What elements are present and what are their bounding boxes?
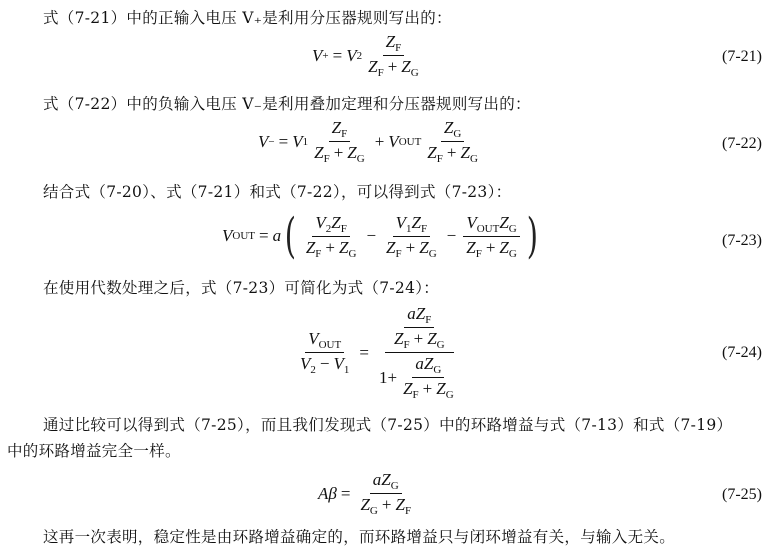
fraction: V1ZF ZF+ZG: [383, 213, 440, 260]
sub: G: [509, 248, 517, 260]
plus-sign: +: [414, 329, 424, 348]
var: V: [312, 46, 322, 66]
fraction: ZG ZF+ZG: [424, 118, 481, 165]
var: Z: [331, 213, 340, 232]
sub: 2: [357, 50, 363, 62]
var: V: [333, 354, 343, 373]
sub: 1: [344, 364, 350, 376]
equation-7-23: VOUT = a ( V2ZF ZF+ZG − V1ZF ZF+ZG − VOU…: [222, 212, 542, 260]
fraction: ZF ZF+ZG: [311, 118, 368, 165]
var: V: [258, 132, 268, 152]
sub: G: [391, 480, 399, 492]
var: V: [388, 132, 398, 152]
equation-7-24: VOUT V2−V1 = aZF ZF+ZG 1+ aZG ZF+ZG: [294, 304, 466, 401]
plus-sign: +: [423, 379, 433, 398]
plus-sign: +: [387, 368, 397, 388]
fraction: aZG ZF+ZG: [400, 354, 457, 401]
var: V: [308, 329, 318, 348]
var: Z: [499, 238, 508, 257]
var: V: [396, 213, 406, 232]
sub: G: [357, 153, 365, 165]
var: Z: [411, 213, 420, 232]
fraction: aZG ZG+ZF: [357, 470, 414, 517]
var: a: [407, 304, 416, 323]
var: Z: [332, 118, 341, 137]
fraction: VOUTZG ZF+ZG: [463, 213, 520, 260]
sub: F: [341, 223, 347, 235]
sub: OUT: [399, 136, 422, 148]
var: V: [222, 226, 232, 246]
var: Z: [424, 354, 433, 373]
left-paren: (: [285, 212, 296, 260]
sub: F: [341, 128, 347, 140]
sub: F: [405, 505, 411, 517]
var: Z: [466, 238, 475, 257]
var: Z: [427, 143, 436, 162]
plus-sign: +: [325, 238, 335, 257]
sub: F: [324, 153, 330, 165]
plus-sign: +: [375, 132, 385, 152]
var: Z: [419, 238, 428, 257]
sub: G: [453, 128, 461, 140]
sub: F: [395, 42, 401, 54]
var: Z: [395, 495, 404, 514]
equation-number-7-21: (7-21): [722, 48, 762, 66]
sub: OUT: [319, 339, 342, 351]
equation-number-7-24: (7-24): [722, 344, 762, 362]
var: Z: [347, 143, 356, 162]
sub: F: [396, 248, 402, 260]
var: Z: [403, 379, 412, 398]
paragraph-5-line-2: 中的环路增益完全一样。: [7, 439, 181, 461]
equation-number-7-22: (7-22): [722, 135, 762, 153]
sub: G: [509, 223, 517, 235]
var: V: [346, 46, 356, 66]
sub: OUT: [477, 223, 500, 235]
sub: F: [413, 389, 419, 401]
var: V: [315, 213, 325, 232]
var: Z: [436, 379, 445, 398]
var: a: [273, 226, 282, 246]
sub: F: [437, 153, 443, 165]
minus-sign: −: [366, 226, 376, 246]
plus-sign: +: [406, 238, 416, 257]
equals-sign: =: [279, 132, 289, 152]
plus-sign: +: [334, 143, 344, 162]
sub: G: [411, 67, 419, 79]
paragraph-2: 式（7-22）中的负输入电压 V₋是利用叠加定理和分压器规则写出的：: [43, 92, 531, 114]
sub: G: [348, 248, 356, 260]
var: Z: [386, 32, 395, 51]
paragraph-4: 在使用代数处理之后，式（7-23）可简化为式（7-24）：: [43, 276, 439, 298]
fraction: aZF ZF+ZG: [391, 304, 448, 351]
paragraph-5-line-1: 通过比较可以得到式（7-25），而且我们发现式（7-25）中的环路增益与式（7-…: [43, 413, 732, 435]
var: Z: [444, 118, 453, 137]
sub: F: [421, 223, 427, 235]
paragraph-1: 式（7-21）中的正输入电压 V₊是利用分压器规则写出的：: [43, 6, 452, 28]
fraction: ZF ZF+ZG: [365, 32, 422, 79]
minus-sign: −: [320, 354, 330, 373]
paragraph-6: 这再一次表明，稳定性是由环路增益确定的，而环路增益只与闭环增益有关，与输入无关。: [43, 525, 675, 547]
equals-sign: =: [359, 343, 369, 363]
sub: 2: [310, 364, 316, 376]
var: Z: [306, 238, 315, 257]
one: 1: [379, 368, 388, 388]
minus-sign: −: [447, 226, 457, 246]
sub: G: [470, 153, 478, 165]
paragraph-3: 结合式（7-20）、式（7-21）和式（7-22），可以得到式（7-23）：: [43, 180, 511, 202]
var: V: [300, 354, 310, 373]
equation-number-7-25: (7-25): [722, 486, 762, 504]
plus-sign: +: [447, 143, 457, 162]
equation-7-25: Aβ = aZG ZG+ZF: [318, 470, 417, 517]
sub: G: [433, 364, 441, 376]
fraction: V2ZF ZF+ZG: [303, 213, 360, 260]
sub: −: [268, 136, 274, 148]
var: Z: [416, 304, 425, 323]
var: Z: [460, 143, 469, 162]
sub: F: [425, 314, 431, 326]
var: a: [415, 354, 424, 373]
compound-fraction: aZF ZF+ZG 1+ aZG ZF+ZG: [376, 304, 463, 401]
sub: +: [322, 50, 328, 62]
sub: G: [429, 248, 437, 260]
sub: F: [315, 248, 321, 260]
equals-sign: =: [333, 46, 343, 66]
sub: G: [370, 505, 378, 517]
equals-sign: =: [259, 226, 269, 246]
equation-7-22: V− = V1 ZF ZF+ZG + VOUT ZG ZF+ZG: [258, 118, 484, 165]
var: Z: [401, 57, 410, 76]
var: Z: [360, 495, 369, 514]
plus-sign: +: [486, 238, 496, 257]
equation-7-21: V+ = V2 ZF ZF+ZG: [312, 32, 425, 79]
equals-sign: =: [341, 484, 351, 504]
sub: 1: [303, 136, 309, 148]
var: V: [466, 213, 476, 232]
equation-number-7-23: (7-23): [722, 232, 762, 250]
right-paren: ): [527, 212, 538, 260]
var: Z: [427, 329, 436, 348]
sub: G: [437, 339, 445, 351]
sub: F: [378, 67, 384, 79]
sub: OUT: [232, 230, 255, 242]
var: V: [292, 132, 302, 152]
plus-sign: +: [382, 495, 392, 514]
fraction-lhs: VOUT V2−V1: [297, 329, 352, 376]
var: Z: [314, 143, 323, 162]
sub: F: [403, 339, 409, 351]
var: Z: [368, 57, 377, 76]
sub: G: [446, 389, 454, 401]
var: Z: [386, 238, 395, 257]
var: Z: [499, 213, 508, 232]
sub: F: [476, 248, 482, 260]
var: Aβ: [318, 484, 337, 504]
plus-sign: +: [388, 57, 398, 76]
var: Z: [381, 470, 390, 489]
